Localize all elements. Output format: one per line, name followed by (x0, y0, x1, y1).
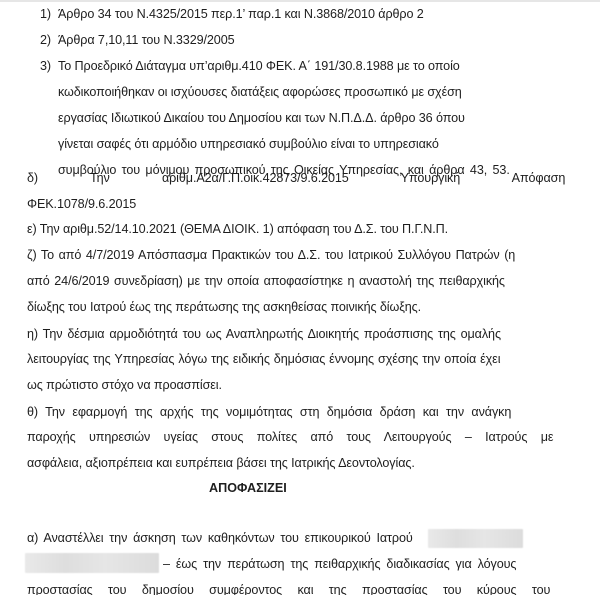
decision-alpha-line-2: – έως την περάτωση της πειθαρχικής διαδι… (163, 556, 516, 572)
clause-eta-line-2: λειτουργίας της Υπηρεσίας λόγω της ειδικ… (27, 351, 500, 367)
decision-alpha-line-1: α) Αναστέλλει την άσκηση των καθηκόντων … (27, 530, 413, 546)
item-text: Άρθρο 34 του Ν.4325/2015 περ.1’ παρ.1 κα… (58, 7, 424, 21)
clause-zeta-line-1: ζ) Το από 4/7/2019 Απόσπασμα Πρακτικών τ… (27, 247, 515, 263)
clause-eta-line-3: ως πρώτιστο στόχο να προασπίσει. (27, 377, 222, 393)
clause-eta-line-1: η) Την δέσμια αρμοδιότητά του ως Αναπληρ… (27, 326, 501, 342)
decision-heading: ΑΠΟΦΑΣΙΖΕΙ (209, 481, 287, 495)
decision-alpha-line-3: προστασίας του δημοσίου συμφέροντος και … (27, 582, 550, 595)
redacted-name-part-1 (428, 529, 523, 548)
legal-basis-item-3: 3)Το Προεδρικό Διάταγμα υπ’αριθμ.410 ΦΕΚ… (40, 58, 460, 74)
item-text: Το Προεδρικό Διάταγμα υπ’αριθμ.410 ΦΕΚ. … (58, 59, 460, 73)
item-text: Άρθρα 7,10,11 του Ν.3329/2005 (58, 33, 235, 47)
legal-basis-item-3-cont: γίνεται σαφές ότι αρμόδιο υπηρεσιακό συμ… (58, 136, 439, 152)
item-number: 1) (40, 6, 58, 22)
legal-basis-item-3-cont: εργασίας Ιδιωτικού Δικαίου του Δημοσίου … (58, 110, 465, 126)
legal-basis-item-1: 1)Άρθρο 34 του Ν.4325/2015 περ.1’ παρ.1 … (40, 6, 424, 22)
page-top-edge (0, 0, 600, 2)
legal-basis-item-3-cont: κωδικοποιήθηκαν οι ισχύουσες διατάξεις α… (58, 84, 462, 100)
clause-epsilon: ε) Την αριθμ.52/14.10.2021 (ΘΕΜΑ ΔΙΟΙΚ. … (27, 221, 448, 237)
redacted-name-part-2 (25, 553, 159, 573)
item-number: 2) (40, 32, 58, 48)
clause-delta-line-2: ΦΕΚ.1078/9.6.2015 (27, 196, 136, 212)
clause-theta-line-2: παροχής υπηρεσιών υγείας στους πολίτες α… (27, 429, 553, 445)
legal-basis-item-2: 2)Άρθρα 7,10,11 του Ν.3329/2005 (40, 32, 235, 48)
clause-theta-line-3: ασφάλεια, αξιοπρέπεια και ευπρέπεια βάσε… (27, 455, 415, 471)
clause-zeta-line-3: δίωξης του Ιατρού έως της περάτωσης της … (27, 299, 421, 315)
item-number: 3) (40, 58, 58, 74)
clause-theta-line-1: θ) Την εφαρμογή της αρχής της νομιμότητα… (27, 404, 511, 420)
clause-delta-line-1: δ) Την αριθμ.Α2α/Γ.Π.οικ.42873/9.6.2015 … (27, 170, 600, 186)
clause-zeta-line-2: από 24/6/2019 συνεδρίαση) με την οποία α… (27, 273, 505, 289)
